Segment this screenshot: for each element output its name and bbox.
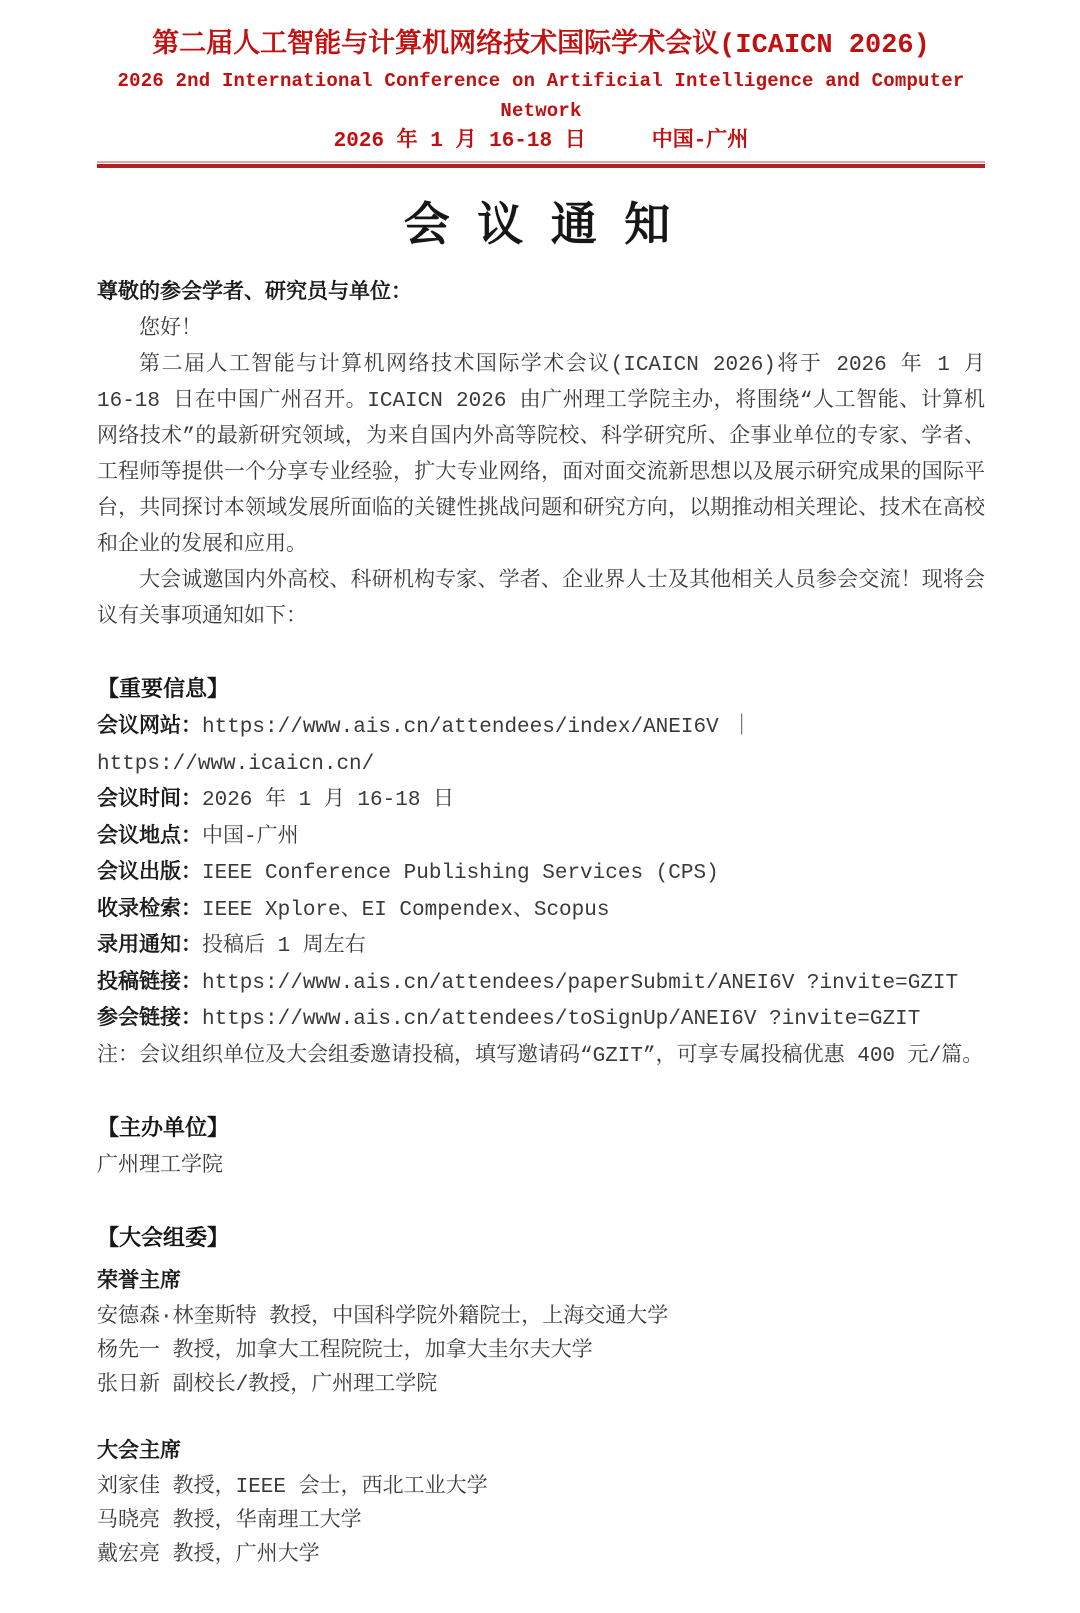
info-value-publisher: IEEE Conference Publishing Services (CPS… [202,862,719,885]
subsection-honorary-chairs: 荣誉主席 [97,1265,985,1301]
document-title: 会 议 通 知 [97,196,985,254]
conference-title-cn: 第二届人工智能与计算机网络技术国际学术会议(ICAICN 2026) [97,26,985,66]
info-row-indexing: 收录检索：IEEE Xplore、EI Compendex、Scopus [97,893,985,930]
info-value-acceptance: 投稿后 1 周左右 [202,935,366,958]
info-label-date: 会议时间： [97,789,202,812]
invitation-paragraph: 大会诚邀国内外高校、科研机构专家、学者、企业界人士及其他相关人员参会交流！现将会… [97,564,985,636]
info-row-submission-link: 投稿链接：https://www.ais.cn/attendees/paperS… [97,966,985,1003]
section-heading-committee: 【大会组委】 [97,1221,985,1259]
header-divider-rule [97,161,985,168]
greeting-line: 您好！ [97,312,985,348]
subsection-general-chairs: 大会主席 [97,1435,985,1471]
info-label-submission-link: 投稿链接： [97,972,202,995]
committee-member-general-1: 刘家佳 教授，IEEE 会士，西北工业大学 [97,1471,985,1505]
info-value-location: 中国-广州 [202,826,299,849]
host-name: 广州理工学院 [97,1149,985,1185]
info-value-signup-link: https://www.ais.cn/attendees/toSignUp/AN… [202,1008,920,1031]
conference-date-location: 2026 年 1 月 16-18 日中国-广州 [97,126,985,158]
conference-location: 中国-广州 [652,130,749,153]
conference-letterhead: 第二届人工智能与计算机网络技术国际学术会议(ICAICN 2026) 2026 … [97,26,985,168]
info-row-publisher: 会议出版：IEEE Conference Publishing Services… [97,856,985,893]
committee-member-general-3: 戴宏亮 教授，广州大学 [97,1539,985,1573]
info-row-signup-link: 参会链接：https://www.ais.cn/attendees/toSign… [97,1002,985,1039]
info-note: 注：会议组织单位及大会组委邀请投稿，填写邀请码“GZIT”，可享专属投稿优惠 4… [97,1039,985,1076]
conference-dates: 2026 年 1 月 16-18 日 [334,130,586,153]
info-row-website: 会议网站：https://www.ais.cn/attendees/index/… [97,710,985,783]
conference-title-en: 2026 2nd International Conference on Art… [97,66,985,126]
info-label-signup-link: 参会链接： [97,1008,202,1031]
section-heading-host: 【主办单位】 [97,1111,985,1149]
info-label-publisher: 会议出版： [97,862,202,885]
committee-member-honorary-3: 张日新 副校长/教授，广州理工学院 [97,1369,985,1403]
info-label-website: 会议网站： [97,716,202,739]
info-row-location: 会议地点：中国-广州 [97,820,985,857]
info-label-location: 会议地点： [97,826,202,849]
info-label-indexing: 收录检索： [97,899,202,922]
info-value-indexing: IEEE Xplore、EI Compendex、Scopus [202,899,609,922]
document-page: 第二届人工智能与计算机网络技术国际学术会议(ICAICN 2026) 2026 … [0,0,1080,1613]
info-value-date: 2026 年 1 月 16-18 日 [202,789,454,812]
info-row-acceptance: 录用通知：投稿后 1 周左右 [97,929,985,966]
salutation: 尊敬的参会学者、研究员与单位： [97,276,985,312]
section-heading-important-info: 【重要信息】 [97,672,985,710]
committee-member-honorary-2: 杨先一 教授，加拿大工程院院士，加拿大圭尔夫大学 [97,1335,985,1369]
info-label-acceptance: 录用通知： [97,935,202,958]
info-value-submission-link: https://www.ais.cn/attendees/paperSubmit… [202,972,958,995]
committee-member-general-2: 马晓亮 教授，华南理工大学 [97,1505,985,1539]
intro-paragraph: 第二届人工智能与计算机网络技术国际学术会议(ICAICN 2026)将于 202… [97,348,985,564]
info-row-date: 会议时间：2026 年 1 月 16-18 日 [97,783,985,820]
important-info-list: 会议网站：https://www.ais.cn/attendees/index/… [97,710,985,1075]
committee-member-honorary-1: 安德森·林奎斯特 教授，中国科学院外籍院士，上海交通大学 [97,1301,985,1335]
